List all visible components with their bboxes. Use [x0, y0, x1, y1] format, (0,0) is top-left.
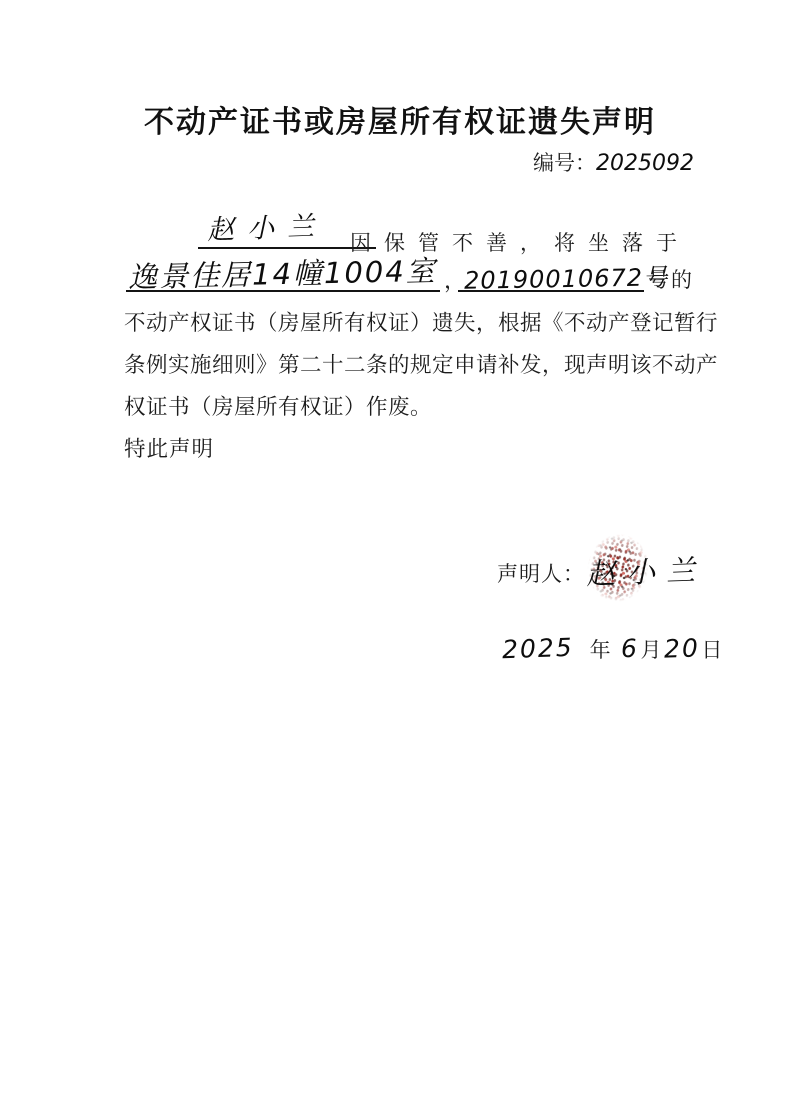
signer-label: 声明人：	[497, 558, 585, 588]
document-title: 不动产证书或房屋所有权证遗失声明	[0, 97, 800, 141]
serial-number-row: 编号：2025092	[533, 147, 694, 177]
signature-handwritten: 赵小兰	[585, 548, 706, 593]
body-line: 不动产权证书（房屋所有权证）遗失，根据《不动产登记暂行	[124, 302, 700, 344]
date-month-label: 月	[641, 638, 662, 662]
closing-statement: 特此声明	[124, 428, 700, 470]
date-year-label: 年	[590, 638, 611, 662]
serial-number-handwritten: 2025092	[596, 151, 694, 176]
date-month-handwritten: 6	[620, 634, 639, 664]
certificate-number-underline	[458, 290, 644, 292]
body-line: 条例实施细则》第二十二条的规定申请补发，现声明该不动产	[124, 344, 700, 386]
date-row: 2025年6月20日	[502, 634, 722, 664]
date-day-label: 日	[701, 638, 722, 662]
declarant-name-handwritten: 赵小兰	[206, 204, 327, 247]
serial-number-label: 编号：	[533, 151, 596, 175]
date-year-handwritten: 2025	[502, 633, 575, 664]
printed-clause-line2-suffix: 号的	[648, 264, 694, 294]
declaration-body: 不动产权证书（房屋所有权证）遗失，根据《不动产登记暂行 条例实施细则》第二十二条…	[124, 302, 700, 470]
body-line: 权证书（房屋所有权证）作废。	[124, 386, 700, 428]
date-day-handwritten: 20	[663, 633, 700, 663]
declaration-document-page: 不动产证书或房屋所有权证遗失声明 编号：2025092 赵小兰 因保管不善，将坐…	[0, 0, 800, 1103]
property-address-underline	[126, 290, 440, 292]
